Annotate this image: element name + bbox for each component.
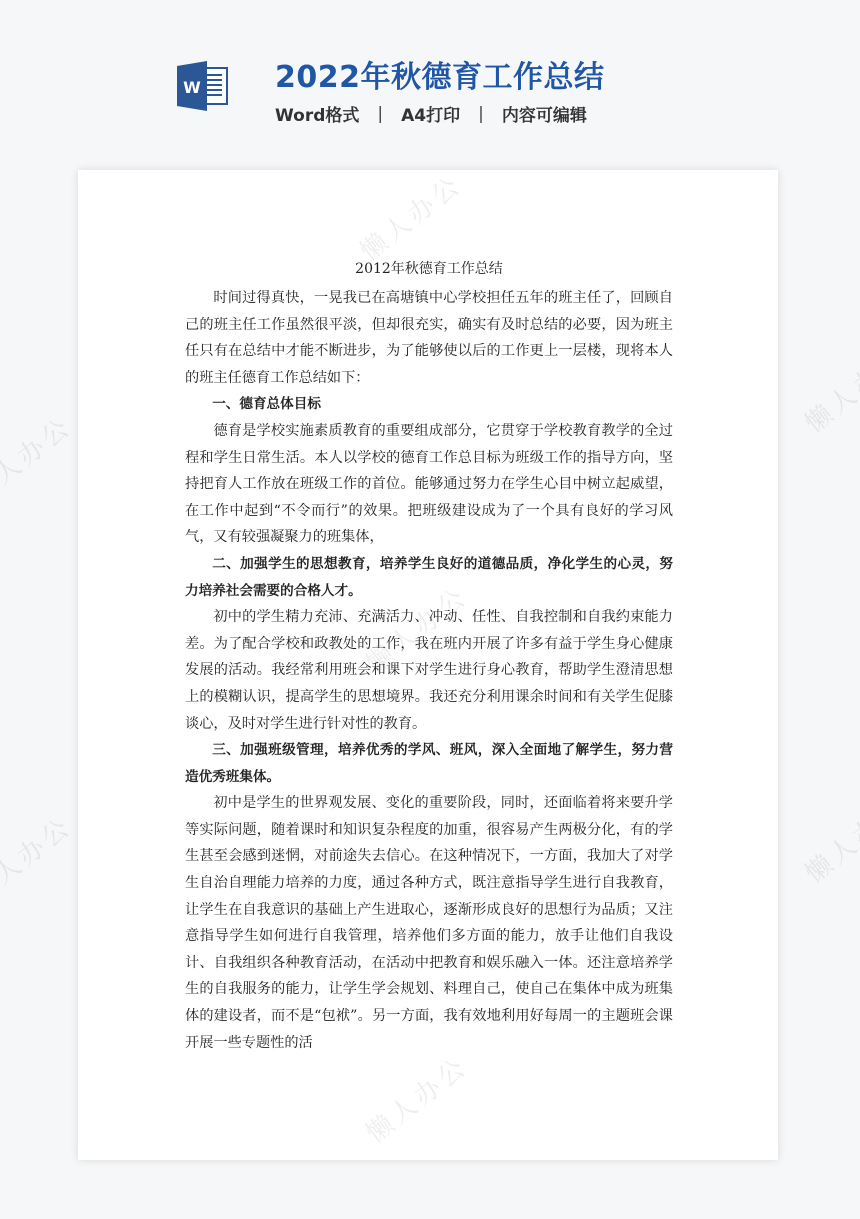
page-title: 2022年秋德育工作总结 — [275, 52, 605, 96]
watermark: 懒人办公 — [796, 787, 860, 890]
feature-tags: Word格式 | A4打印 | 内容可编辑 — [275, 101, 587, 126]
paragraph: 时间过得真快，一晃我已在高塘镇中心学校担任五年的班主任了，回顾自己的班主任工作虽… — [185, 285, 673, 391]
header: W 2022年秋德育工作总结 Word格式 | A4打印 | 内容可编辑 — [0, 0, 860, 160]
tag-word-format: Word格式 — [275, 101, 359, 126]
watermark: 懒人办公 — [351, 170, 468, 268]
section-heading: 二、加强学生的思想教育，培养学生良好的道德品质，净化学生的心灵，努力培养社会需要… — [185, 551, 673, 604]
section-heading: 一、德育总体目标 — [185, 391, 673, 418]
watermark: 懒人办公 — [357, 1047, 474, 1150]
watermark: 懒人办公 — [0, 807, 79, 910]
separator: | — [377, 104, 383, 124]
paragraph: 初中的学生精力充沛、充满活力、冲动、任性、自我控制和自我约束能力差。为了配合学校… — [185, 604, 673, 737]
document-body: 2012年秋德育工作总结 时间过得真快，一晃我已在高塘镇中心学校担任五年的班主任… — [185, 258, 673, 1056]
watermark: 懒人办公 — [0, 407, 79, 510]
paragraph: 初中是学生的世界观发展、变化的重要阶段，同时，还面临着将来要升学等实际问题，随着… — [185, 790, 673, 1056]
section-heading: 三、加强班级管理，培养优秀的学风、班风，深入全面地了解学生，努力营造优秀班集体。 — [185, 737, 673, 790]
word-document-icon: W — [175, 60, 229, 112]
document-title: 2012年秋德育工作总结 — [185, 258, 673, 280]
tag-a4-print: A4打印 — [401, 101, 460, 126]
svg-text:W: W — [183, 78, 201, 97]
document-page: 懒人办公 懒人办公 懒人办公 2012年秋德育工作总结 时间过得真快，一晃我已在… — [78, 170, 778, 1160]
separator: | — [478, 104, 484, 124]
paragraph: 德育是学校实施素质教育的重要组成部分，它贯穿于学校教育教学的全过程和学生日常生活… — [185, 418, 673, 551]
watermark: 懒人办公 — [796, 337, 860, 440]
tag-editable: 内容可编辑 — [502, 101, 587, 126]
